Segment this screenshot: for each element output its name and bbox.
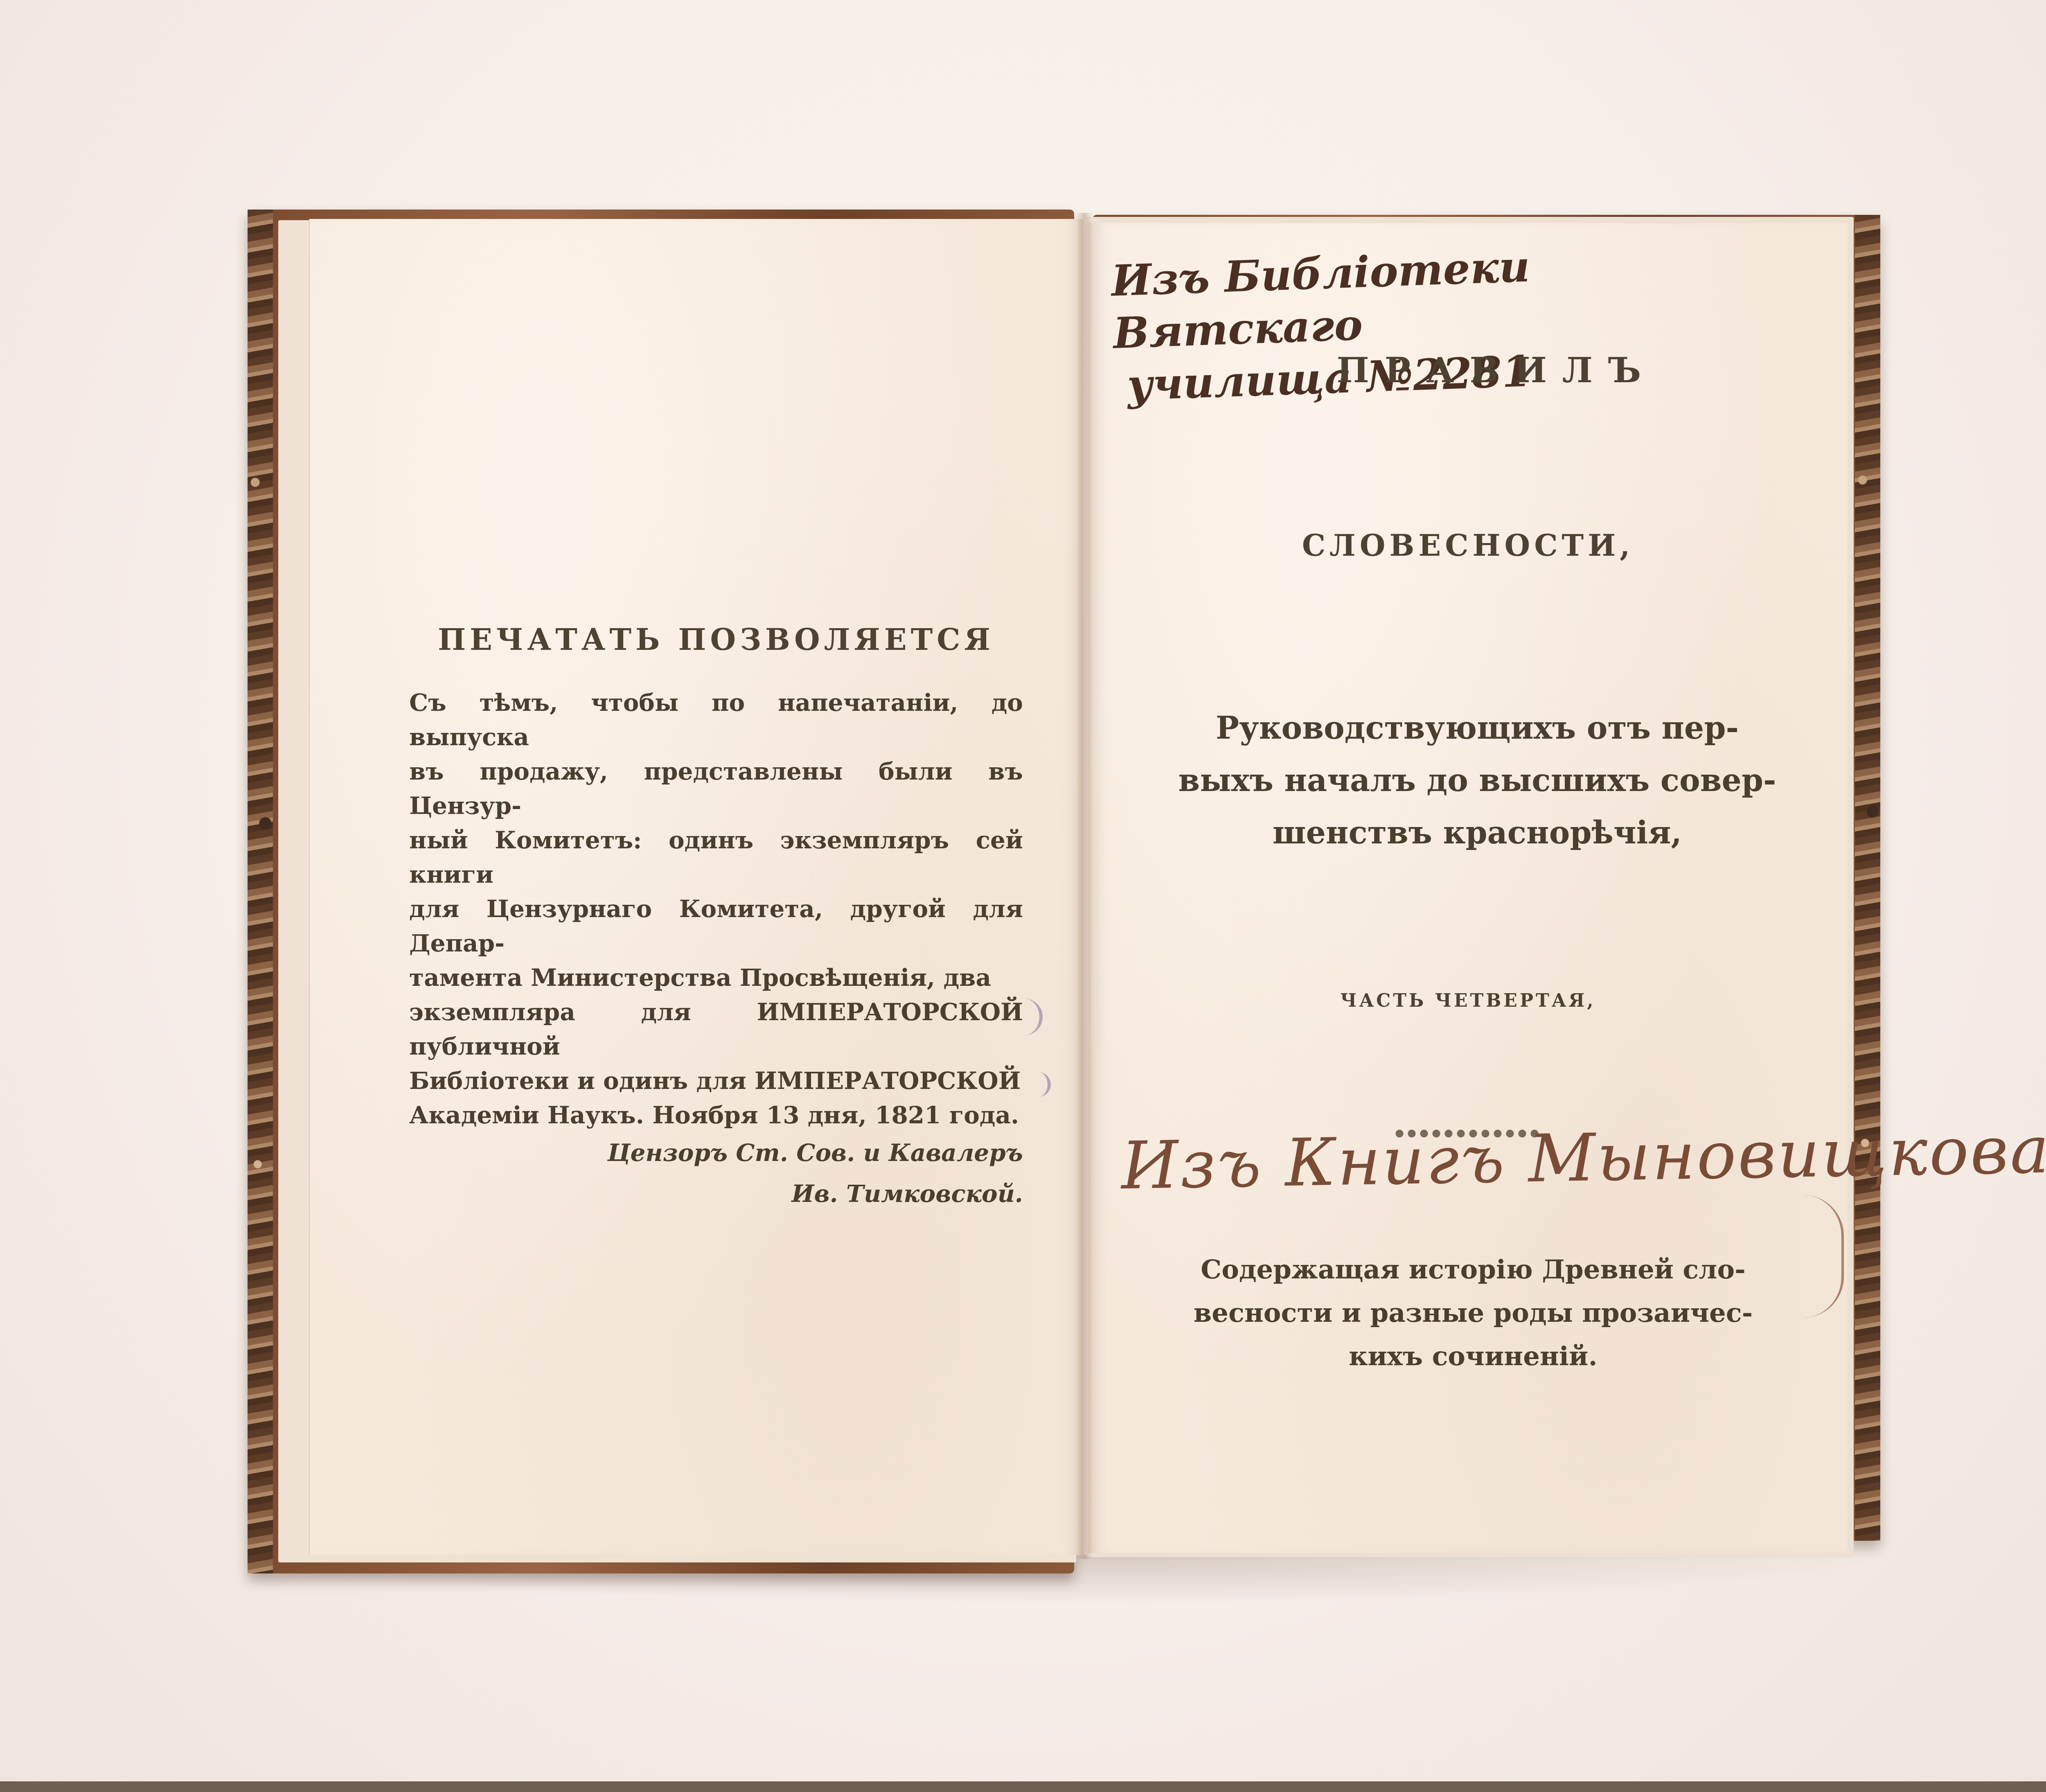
contents-description: Содержащая исторію Древней сло- весности… bbox=[1162, 1248, 1784, 1378]
title-main: ПРАВИЛЪ bbox=[1088, 350, 1848, 390]
imprimatur-line: экземпляра для ИМПЕРАТОРСКОЙ публичной bbox=[409, 995, 1023, 1064]
book-gutter bbox=[1076, 213, 1093, 1559]
imprimatur-line: въ продажу, представлены были въ Цензур- bbox=[409, 754, 1023, 823]
imprimatur-line: тамента Министерства Просвѣщенія, два bbox=[409, 960, 1023, 995]
imprimatur-line: ный Комитетъ: одинъ экземпляръ сей книги bbox=[409, 823, 1023, 892]
title-description-line: шенствъ краснорѣчія, bbox=[1166, 807, 1788, 859]
contents-line: кихъ сочиненій. bbox=[1162, 1335, 1784, 1378]
title-description-line: выхъ началъ до высшихъ совер- bbox=[1166, 754, 1788, 807]
imprimatur-line: Академіи Наукъ. Ноября 13 дня, 1821 года… bbox=[409, 1098, 1023, 1132]
title-description: Руководствующихъ отъ пер- выхъ началъ до… bbox=[1166, 702, 1788, 859]
imprimatur-line: Библіотеки и одинъ для ИМПЕРАТОРСКОЙ bbox=[409, 1064, 1023, 1098]
table-edge bbox=[0, 1781, 2046, 1792]
contents-line: Содержащая исторію Древней сло- bbox=[1162, 1248, 1784, 1292]
ownership-line-1: Изъ Библіотеки Вятскаго bbox=[1111, 236, 1646, 359]
imprimatur-line: Съ тѣмъ, чтобы по напечатаніи, до выпуск… bbox=[409, 685, 1023, 754]
marbled-edge-left bbox=[248, 210, 273, 1573]
censor-name: Ив. Тимковской. bbox=[409, 1173, 1023, 1214]
contents-line: весности и разные роды прозаичес- bbox=[1162, 1292, 1784, 1335]
handwritten-inscription: Изъ Книгъ Мыновищкова bbox=[1121, 1115, 1838, 1204]
signature-flourish bbox=[1792, 1195, 1844, 1318]
marbled-edge-right bbox=[1855, 215, 1880, 1541]
title-description-line: Руководствующихъ отъ пер- bbox=[1166, 702, 1788, 754]
imprimatur-line: для Цензурнаго Комитета, другой для Депа… bbox=[409, 892, 1023, 960]
volume-part: ЧАСТЬ ЧЕТВЕРТАЯ, bbox=[1088, 990, 1848, 1011]
imprimatur-block: ПЕЧАТАТЬ ПОЗВОЛЯЕТСЯ Съ тѣмъ, чтобы по н… bbox=[409, 622, 1023, 1214]
imprimatur-heading: ПЕЧАТАТЬ ПОЗВОЛЯЕТСЯ bbox=[409, 622, 1023, 657]
title-subtitle: СЛОВЕСНОСТИ, bbox=[1088, 528, 1848, 563]
imprimatur-body: Съ тѣмъ, чтобы по напечатаніи, до выпуск… bbox=[409, 685, 1023, 1132]
censor-title: Цензоръ Ст. Сов. и Кавалеръ bbox=[409, 1132, 1023, 1173]
